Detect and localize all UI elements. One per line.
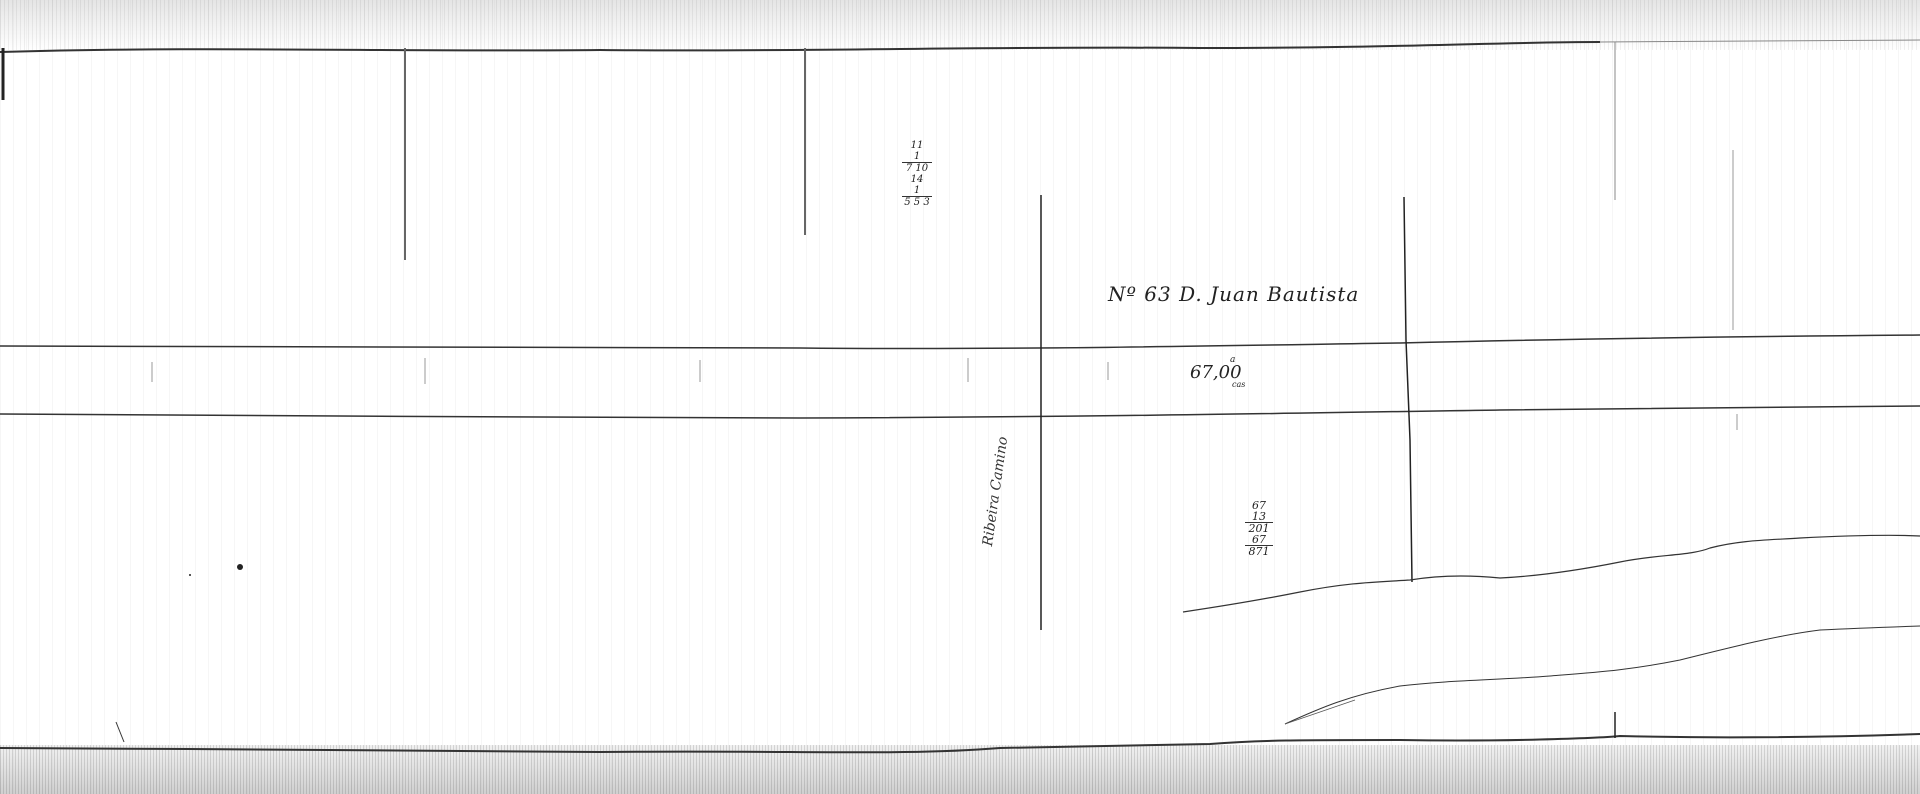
survey-point-marker — [237, 564, 243, 570]
calc-line: 871 — [1245, 546, 1273, 557]
calc-line: 1 — [902, 151, 932, 163]
parcel-area-unit-sub: cas — [1232, 380, 1245, 389]
survey-point-marker — [189, 574, 191, 576]
road-line-lower — [0, 406, 1920, 418]
top-border-line — [0, 42, 1600, 52]
stream-line-lower — [1285, 626, 1920, 724]
parcel-area-unit: a — [1230, 355, 1235, 365]
parcel-owner-label: Nº 63 D. Juan Bautista — [1108, 282, 1359, 306]
bottom-border-line — [0, 734, 1920, 752]
survey-map-sheet: Nº 63 D. Juan Bautista 67,00 a cas 11 1 … — [0, 0, 1920, 794]
road-line-upper — [0, 335, 1920, 349]
calculation-top: 11 1 7 10 14 1 5 5 3 — [902, 140, 932, 208]
calc-line: 14 — [902, 174, 932, 185]
calc-line: 11 — [902, 140, 932, 151]
map-linework — [0, 0, 1920, 794]
stream-line-upper — [1183, 535, 1920, 612]
calc-line: 1 — [902, 185, 932, 197]
parcel-boundary-right — [1404, 197, 1412, 582]
calculation-middle: 67 13 201 67 871 — [1245, 500, 1273, 557]
calc-line: 5 5 3 — [902, 197, 932, 208]
calc-line: 7 10 — [902, 163, 932, 174]
